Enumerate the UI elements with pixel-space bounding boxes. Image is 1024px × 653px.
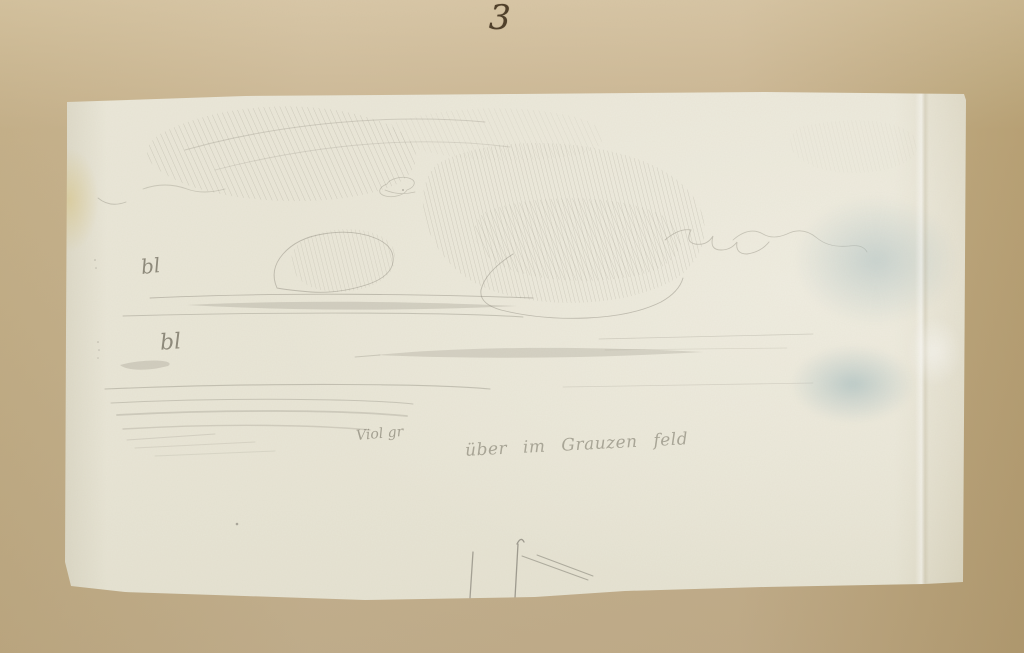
page-number: 3 <box>488 0 511 38</box>
bottom-edge-marks <box>470 539 593 598</box>
cloud-hatching <box>147 106 918 302</box>
horizontal-streaks <box>105 294 813 456</box>
pencil-sketch <box>65 92 966 600</box>
paper-sheet: bl bl Viol gr über im Grauzen feld <box>65 92 966 600</box>
scan-canvas: 3 <box>0 0 1024 653</box>
